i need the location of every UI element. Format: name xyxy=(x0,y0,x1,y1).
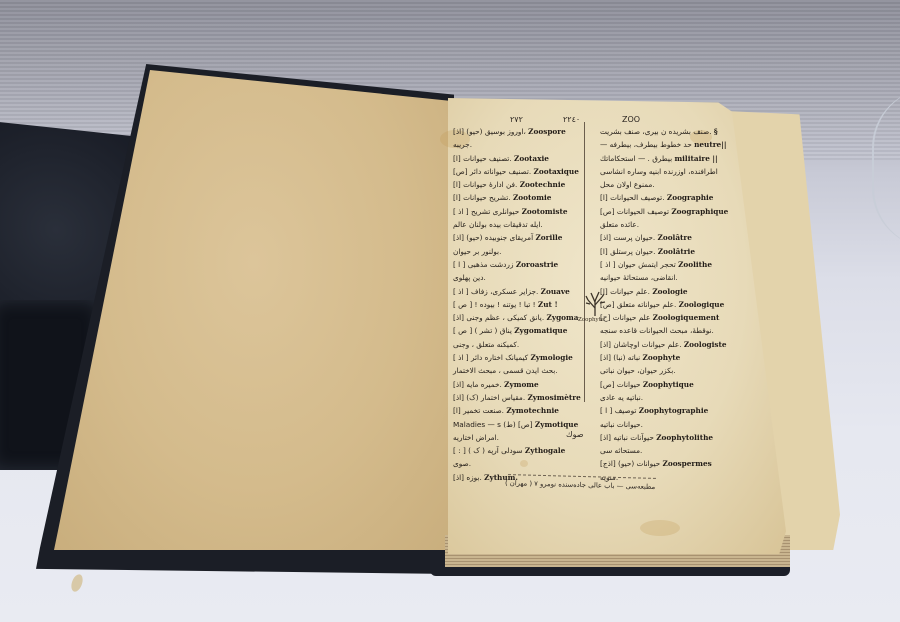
paper-chip xyxy=(69,573,85,593)
entry-translation: اطرافنده، اوزرنده ابنیه وساره انشاسی xyxy=(600,167,718,176)
dictionary-entry: بکزر حیوان، حیوان نباتی. xyxy=(600,364,725,377)
plant-coral-icon xyxy=(583,290,607,316)
dictionary-entry: [اذ] حیوان پرست. Zoolâtre xyxy=(600,231,725,244)
dictionary-entry: [ ص ] ( تشر ) یناق Zygomatique xyxy=(453,324,578,337)
dictionary-entry: [ص] تصنیف حیواناته دائر. Zootaxique xyxy=(453,165,578,178)
dictionary-entry: [اذ] (حیو) آمریقای جنوبیده Zorille xyxy=(453,231,578,244)
entry-translation: نباتیه یه عادی. xyxy=(600,393,643,402)
dictionary-entry: [ اذ ] جزایر عسکری، زفاف. Zouave xyxy=(453,285,578,298)
entry-headword: Zythogale xyxy=(525,446,565,455)
end-mark: صوك xyxy=(566,430,584,439)
entry-translation: [ اذ ] جزایر عسکری، زفاف. xyxy=(453,287,538,296)
dictionary-entry: جریبه. xyxy=(453,138,578,151)
entry-headword: Zootomie xyxy=(513,193,551,202)
dictionary-entry: عائده متعلق. xyxy=(600,218,725,231)
dictionary-entry: [ص] توصیف الحیوانات Zoographique xyxy=(600,205,725,218)
entry-translation: [ا] علم حیوانات. xyxy=(600,287,650,296)
entry-translation: — حد خطوط بیطرف، بیطرفه xyxy=(600,140,692,149)
entry-translation: جریبه. xyxy=(453,140,472,149)
dictionary-entry: [ا] تصنیف حیوانات. Zootaxie xyxy=(453,152,578,165)
dictionary-entry: کمیکنه متعلق ، وجنی. xyxy=(453,338,578,351)
entry-translation: بکزر حیوان، حیوان نباتی. xyxy=(600,366,676,375)
dictionary-entry: [اذ] (نبا) نباته Zoophyte xyxy=(600,351,725,364)
entry-translation: حیوانات نباتیه. xyxy=(600,420,643,429)
dictionary-entry: [ا] توصیف الحیوانات. Zoographie xyxy=(600,191,725,204)
dictionary-entry: Maladies — s (ط) [ص] Zymotique xyxy=(453,418,578,431)
dictionary-entry: [ص] حیوانات Zoophytique xyxy=(600,378,725,391)
entry-translation: نوقطهٔ، مبحث الحیوانات قاعده سنجه. xyxy=(600,326,714,335)
dictionary-entry: [ اذ ] تحجر ایتمش حیوان Zoolithe xyxy=(600,258,725,271)
entry-headword: Zoophytique xyxy=(643,380,694,389)
entry-translation: صنف بشریده ن بیری، صنف بشریت. xyxy=(600,127,712,136)
entry-translation: بولنور بر حیوان. xyxy=(453,247,501,256)
entry-headword: Zootaxie xyxy=(514,154,549,163)
dictionary-entry: — حد خطوط بیطرف، بیطرفه neutre|| xyxy=(600,138,725,151)
entry-translation: [ اذ ] حیوانلری تشریح xyxy=(453,207,519,216)
entry-translation: [ ا ] زردشت مذهبی xyxy=(453,260,513,269)
entry-translation: عائده متعلق. xyxy=(600,220,639,229)
entry-translation: بیطرق . — استحکاماتك xyxy=(600,154,672,163)
entry-headword: Zoolâtrie xyxy=(658,247,695,256)
dictionary-entry: [ ا ] زردشت مذهبی Zoroastrie xyxy=(453,258,578,271)
page-header-label: ZOO xyxy=(622,115,640,124)
entry-translation: انقاضی، مستحاثهٔ حیوانیه. xyxy=(600,273,678,282)
dictionary-entry: [ص] علم حیواناته متعلق. Zoologique xyxy=(600,298,725,311)
entry-headword: Zoographique xyxy=(671,207,728,216)
dictionary-entry: [ ص ] ! تبا ! یوتنه ! بیوده ! Zut ! xyxy=(453,298,578,311)
entry-headword: Zymologie xyxy=(530,353,572,362)
dictionary-entry: [اذ] یانق کمیکی ، عظم وجنی. Zygoma xyxy=(453,311,578,324)
entry-headword: Zoolâtre xyxy=(658,233,692,242)
entry-headword: Zoolithe xyxy=(678,260,712,269)
entry-translation: [اذ] یانق کمیکی ، عظم وجنی. xyxy=(453,313,544,322)
dictionary-entry: ممنوع اولان محل. xyxy=(600,178,725,191)
entry-headword: Zoophytolithe xyxy=(656,433,713,442)
dictionary-entry: بیطرق . — استحکاماتك militaire || xyxy=(600,152,725,165)
entry-headword: Zorille xyxy=(535,233,562,242)
entry-headword: Zymotechnie xyxy=(506,406,559,415)
entry-headword: Zymome xyxy=(504,380,539,389)
dictionary-entry: دین پهلوی. xyxy=(453,271,578,284)
entry-translation: کمیکنه متعلق ، وجنی. xyxy=(453,340,519,349)
entry-translation: صوی. xyxy=(453,459,471,468)
dictionary-entry: انقاضی، مستحاثهٔ حیوانیه. xyxy=(600,271,725,284)
entry-headword: Zootaxique xyxy=(534,167,579,176)
dictionary-entry: [ا] حیوان پرستلق. Zoolâtrie xyxy=(600,245,725,258)
entry-translation: [ا] تشریح حیوانات. xyxy=(453,193,511,202)
entry-translation: [ا] توصیف الحیوانات. xyxy=(600,193,665,202)
entry-headword: Zoophytographie xyxy=(639,406,708,415)
entry-headword: Zoospermes xyxy=(663,459,712,468)
dictionary-entry: [اذج] (حیو) حیوانات Zoospermes xyxy=(600,457,725,470)
entry-translation: ایله تدقیقات بیده بولنان عالم. xyxy=(453,220,543,229)
entry-translation: [اذ] خمیره مایه. xyxy=(453,380,502,389)
entry-translation: ممنوع اولان محل. xyxy=(600,180,655,189)
entry-headword: Zoroastrie xyxy=(516,260,558,269)
entry-headword: Zymosimètre xyxy=(527,393,580,402)
entry-headword: Zoologiquement xyxy=(653,313,720,322)
illustration-caption: Zoophyte xyxy=(578,317,604,323)
dictionary-entry: [اذ] حیوآنات نباتیه Zoophytolithe xyxy=(600,431,725,444)
entry-headword: Zygoma xyxy=(547,313,579,322)
entry-translation: [ص] تصنیف حیواناته دائر. xyxy=(453,167,531,176)
dictionary-entry: [ا] صنعت تخمیر. Zymotechnie xyxy=(453,404,578,417)
dictionary-column-left: [اذ] (حیو) اوروز بوسیق، Zoosporeجریبه. [… xyxy=(453,125,578,484)
dictionary-entry: نوقطهٔ، مبحث الحیوانات قاعده سنجه. xyxy=(600,324,725,337)
dictionary-entry: حیوانات نباتیه. xyxy=(600,418,725,431)
entry-translation: امراض اختاریه. xyxy=(453,433,499,442)
entry-translation: [ص] حیوانات xyxy=(600,380,641,389)
entry-translation: [ ا ] توصیف xyxy=(600,406,636,415)
dictionary-entry: مستحاثه سی. xyxy=(600,444,725,457)
entry-translation: [ ص ] ( تشر ) یناق xyxy=(453,326,512,335)
entry-translation: دین پهلوی. xyxy=(453,273,486,282)
entry-headword: Zouave xyxy=(541,287,570,296)
entry-translation: [اذ] بوزه. xyxy=(453,473,482,482)
page-number-center: ۲۲٤٠ xyxy=(563,115,580,124)
dictionary-entry: صوی. xyxy=(453,457,578,470)
entry-translation: [ا] فن ادارهٔ حیوانات. xyxy=(453,180,517,189)
dictionary-entry: [ ا ] توصیف Zoophytographie xyxy=(600,404,725,417)
entry-headword: Zoographie xyxy=(667,193,714,202)
entry-headword: neutre|| xyxy=(694,140,726,149)
entry-translation: [ اذ ] تحجر ایتمش حیوان xyxy=(600,260,676,269)
dictionary-entry: [ح] علم حیوانات Zoologiquement xyxy=(600,311,725,324)
dictionary-entry: اطرافنده، اوزرنده ابنیه وساره انشاسی xyxy=(600,165,725,178)
age-stain xyxy=(640,520,680,536)
dictionary-column-right: صنف بشریده ن بیری، صنف بشریت. §— حد خطوط… xyxy=(600,125,725,484)
entry-translation: بحث ایدن قسمی ، مبحث الاختمار. xyxy=(453,366,558,375)
entry-headword: Zoologie xyxy=(652,287,687,296)
dictionary-entry: صنف بشریده ن بیری، صنف بشریت. § xyxy=(600,125,725,138)
entry-translation: [ ص ] ! تبا ! یوتنه ! بیوده ! xyxy=(453,300,536,309)
entry-translation: [ا] حیوان پرستلق. xyxy=(600,247,655,256)
entry-translation: [اذ] (حیو) آمریقای جنوبیده xyxy=(453,233,533,242)
entry-headword: Zoophyte xyxy=(643,353,681,362)
dictionary-entry: [ا] فن ادارهٔ حیوانات. Zootechnie xyxy=(453,178,578,191)
entry-translation: [اذج] (حیو) حیوانات xyxy=(600,459,660,468)
entry-headword: Zymotique xyxy=(535,420,578,429)
dictionary-entry: [ا] تشریح حیوانات. Zootomie xyxy=(453,191,578,204)
dictionary-entry: امراض اختاریه. xyxy=(453,431,578,444)
entry-headword: Zoologique xyxy=(679,300,725,309)
dictionary-entry: [ اذ ] کیمیانک اختاره دائر Zymologie xyxy=(453,351,578,364)
entry-headword: Zut ! xyxy=(538,300,558,309)
entry-translation: [اذ] (حیو) اوروز بوسیق، xyxy=(453,127,526,136)
entry-translation: [ص] علم حیواناته متعلق. xyxy=(600,300,676,309)
entry-headword: Zoologiste xyxy=(684,340,727,349)
dictionary-entry: نباتیه یه عادی. xyxy=(600,391,725,404)
dictionary-entry: [اذ] (حیو) اوروز بوسیق، Zoospore xyxy=(453,125,578,138)
entry-headword: militaire || xyxy=(674,154,717,163)
page-number-left: ۲۷۲ xyxy=(510,115,523,124)
entry-translation: [ح] علم حیوانات xyxy=(600,313,650,322)
entry-translation: [ص] توصیف الحیوانات xyxy=(600,207,669,216)
dictionary-entry: ایله تدقیقات بیده بولنان عالم. xyxy=(453,218,578,231)
entry-headword: Zygomatique xyxy=(514,326,567,335)
dictionary-entry: [اذ] (ک) مقیاس اختمار. Zymosimètre xyxy=(453,391,578,404)
entry-translation: [اذ] (نبا) نباته xyxy=(600,353,640,362)
entry-headword: Zootomiste xyxy=(522,207,568,216)
dictionary-entry: [ : ] ( ک ) سودلی آرپه Zythogale xyxy=(453,444,578,457)
entry-translation: [ا] صنعت تخمیر. xyxy=(453,406,504,415)
entry-headword: Zootechnie xyxy=(520,180,566,189)
entry-translation: [ا] تصنیف حیوانات. xyxy=(453,154,512,163)
entry-translation: [ : ] ( ک ) سودلی آرپه xyxy=(453,446,523,455)
entry-headword: Zoospore xyxy=(528,127,566,136)
entry-headword: § xyxy=(714,127,718,136)
dictionary-entry: [اذ] خمیره مایه. Zymome xyxy=(453,378,578,391)
dictionary-entry: [اذ] علم حیوانات اوچاشان. Zoologiste xyxy=(600,338,725,351)
entry-translation: [اذ] (ک) مقیاس اختمار. xyxy=(453,393,525,402)
entry-translation: Maladies — s (ط) [ص] xyxy=(453,420,533,429)
column-divider xyxy=(584,122,585,402)
entry-translation: مستحاثه سی. xyxy=(600,446,642,455)
dictionary-entry: بولنور بر حیوان. xyxy=(453,245,578,258)
entry-translation: [اذ] حیوان پرست. xyxy=(600,233,655,242)
entry-translation: [ اذ ] کیمیانک اختاره دائر xyxy=(453,353,528,362)
dictionary-entry: [ اذ ] حیوانلری تشریح Zootomiste xyxy=(453,205,578,218)
entry-translation: [اذ] علم حیوانات اوچاشان. xyxy=(600,340,682,349)
dictionary-entry: بحث ایدن قسمی ، مبحث الاختمار. xyxy=(453,364,578,377)
dictionary-entry: [ا] علم حیوانات. Zoologie xyxy=(600,285,725,298)
entry-translation: [اذ] حیوآنات نباتیه xyxy=(600,433,654,442)
